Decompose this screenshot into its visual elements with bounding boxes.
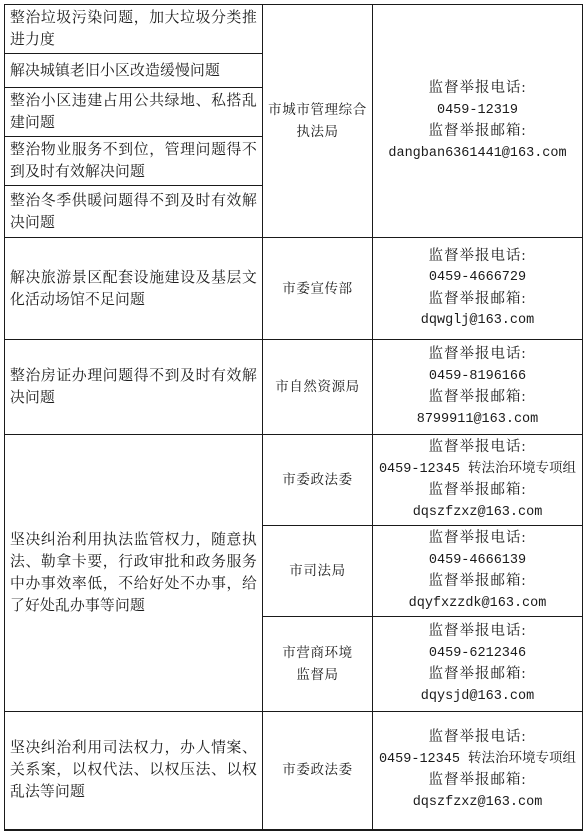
department-cell: 市委政法委	[263, 712, 373, 830]
email-label: 监督举报邮箱:	[375, 571, 580, 593]
contact-cell: 监督举报电话: 0459-6212346 监督举报邮箱: dqysjd@163.…	[373, 617, 583, 712]
table-row: 整治房证办理问题得不到及时有效解决问题 市自然资源局 监督举报电话: 0459-…	[5, 340, 583, 435]
issue-text: 整治垃圾污染问题，加大垃圾分类推进力度	[10, 7, 257, 51]
department-cell: 市委宣传部	[263, 238, 373, 340]
department-name: 市委宣传部	[266, 278, 369, 300]
issue-cell: 解决城镇老旧小区改造缓慢问题	[5, 54, 263, 88]
email-label: 监督举报邮箱:	[375, 480, 580, 502]
contact-cell: 监督举报电话: 0459-12319 监督举报邮箱: dangban636144…	[373, 5, 583, 238]
phone-number: 0459-4666729	[375, 267, 580, 289]
department-name: 市委政法委	[266, 759, 369, 781]
contact-cell: 监督举报电话: 0459-12345 转法治环境专项组 监督举报邮箱: dqsz…	[373, 712, 583, 830]
contact-cell: 监督举报电话: 0459-12345 转法治环境专项组 监督举报邮箱: dqsz…	[373, 435, 583, 526]
department-cell: 市城市管理综合 执法局	[263, 5, 373, 238]
phone-number: 0459-8196166	[375, 366, 580, 388]
issue-text: 坚决纠治利用司法权力，办人情案、关系案，以权代法、以权压法、以权乱法等问题	[10, 737, 257, 803]
phone-label: 监督举报电话:	[375, 78, 580, 100]
phone-label: 监督举报电话:	[375, 621, 580, 643]
issue-cell: 坚决纠治利用司法权力，办人情案、关系案，以权代法、以权压法、以权乱法等问题	[5, 712, 263, 830]
email-address: dqszfzxz@163.com	[375, 792, 580, 814]
phone-label: 监督举报电话:	[375, 437, 580, 459]
issue-cell: 整治物业服务不到位，管理问题得不到及时有效解决问题	[5, 137, 263, 186]
department-name: 市委政法委	[266, 469, 369, 491]
phone-label: 监督举报电话:	[375, 344, 580, 366]
email-address: dqyfxzzdk@163.com	[375, 593, 580, 615]
phone-label: 监督举报电话:	[375, 528, 580, 550]
phone-number: 0459-12319	[375, 100, 580, 122]
department-cell: 市自然资源局	[263, 340, 373, 435]
supervision-contact-table: 整治垃圾污染问题，加大垃圾分类推进力度 市城市管理综合 执法局 监督举报电话: …	[4, 4, 583, 831]
contact-cell: 监督举报电话: 0459-4666729 监督举报邮箱: dqwglj@163.…	[373, 238, 583, 340]
email-label: 监督举报邮箱:	[375, 770, 580, 792]
issue-text: 整治小区违建占用公共绿地、私搭乱建问题	[10, 90, 257, 134]
department-cell: 市委政法委	[263, 435, 373, 526]
table-row: 解决旅游景区配套设施建设及基层文化活动场馆不足问题 市委宣传部 监督举报电话: …	[5, 238, 583, 340]
contact-cell: 监督举报电话: 0459-4666139 监督举报邮箱: dqyfxzzdk@1…	[373, 526, 583, 617]
email-label: 监督举报邮箱:	[375, 121, 580, 143]
contact-cell: 监督举报电话: 0459-8196166 监督举报邮箱: 8799911@163…	[373, 340, 583, 435]
issue-text: 解决城镇老旧小区改造缓慢问题	[10, 60, 257, 82]
department-name: 市司法局	[266, 560, 369, 582]
phone-number: 0459-12345 转法治环境专项组	[375, 749, 580, 771]
phone-number: 0459-6212346	[375, 643, 580, 665]
document-page: 整治垃圾污染问题，加大垃圾分类推进力度 市城市管理综合 执法局 监督举报电话: …	[0, 0, 587, 819]
department-cell: 市司法局	[263, 526, 373, 617]
email-label: 监督举报邮箱:	[375, 387, 580, 409]
issue-cell: 整治冬季供暖问题得不到及时有效解决问题	[5, 186, 263, 238]
phone-number: 0459-12345 转法治环境专项组	[375, 459, 580, 481]
email-address: dqysjd@163.com	[375, 686, 580, 708]
table-row: 坚决纠治利用司法权力，办人情案、关系案，以权代法、以权压法、以权乱法等问题 市委…	[5, 712, 583, 830]
email-address: dqszfzxz@163.com	[375, 502, 580, 524]
issue-text: 整治房证办理问题得不到及时有效解决问题	[10, 365, 257, 409]
issue-cell: 整治小区违建占用公共绿地、私搭乱建问题	[5, 88, 263, 137]
issue-text: 整治冬季供暖问题得不到及时有效解决问题	[10, 190, 257, 234]
phone-number: 0459-4666139	[375, 550, 580, 572]
table-row: 整治垃圾污染问题，加大垃圾分类推进力度 市城市管理综合 执法局 监督举报电话: …	[5, 5, 583, 54]
department-name: 市城市管理综合 执法局	[266, 99, 369, 143]
department-name: 市营商环境 监督局	[266, 642, 369, 686]
table-row: 坚决纠治利用执法监管权力，随意执法、勒拿卡要，行政审批和政务服务中办事效率低，不…	[5, 435, 583, 526]
email-address: dangban6361441@163.com	[375, 143, 580, 165]
email-address: 8799911@163.com	[375, 409, 580, 431]
email-label: 监督举报邮箱:	[375, 289, 580, 311]
issue-text: 解决旅游景区配套设施建设及基层文化活动场馆不足问题	[10, 267, 257, 311]
issue-text: 整治物业服务不到位，管理问题得不到及时有效解决问题	[10, 139, 257, 183]
issue-cell: 整治房证办理问题得不到及时有效解决问题	[5, 340, 263, 435]
department-name: 市自然资源局	[266, 376, 369, 398]
issue-text: 坚决纠治利用执法监管权力，随意执法、勒拿卡要，行政审批和政务服务中办事效率低，不…	[10, 529, 257, 617]
issue-cell: 解决旅游景区配套设施建设及基层文化活动场馆不足问题	[5, 238, 263, 340]
issue-cell: 坚决纠治利用执法监管权力，随意执法、勒拿卡要，行政审批和政务服务中办事效率低，不…	[5, 435, 263, 712]
email-label: 监督举报邮箱:	[375, 664, 580, 686]
phone-label: 监督举报电话:	[375, 727, 580, 749]
department-cell: 市营商环境 监督局	[263, 617, 373, 712]
issue-cell: 整治垃圾污染问题，加大垃圾分类推进力度	[5, 5, 263, 54]
phone-label: 监督举报电话:	[375, 246, 580, 268]
email-address: dqwglj@163.com	[375, 310, 580, 332]
